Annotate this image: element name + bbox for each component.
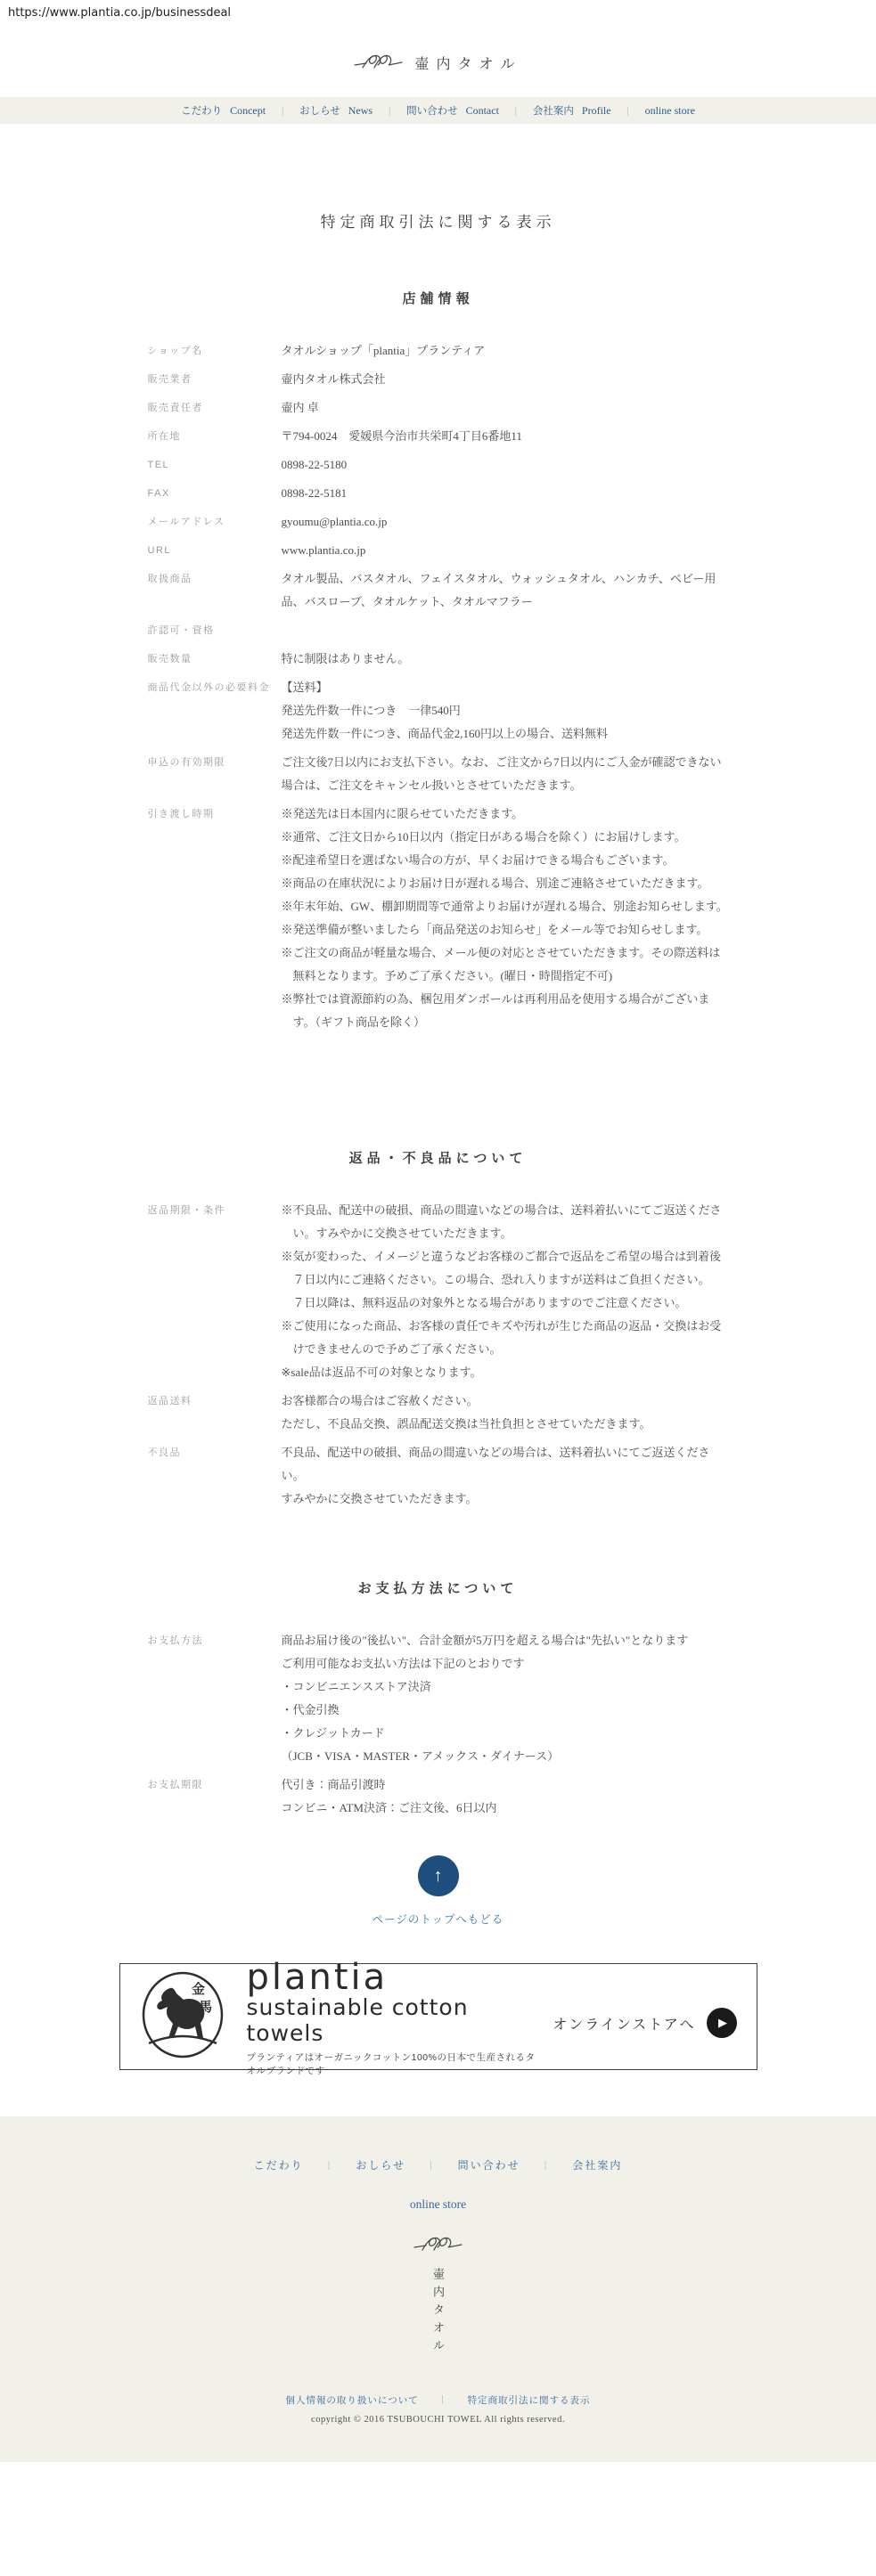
table-row: 販売責任者壷内 卓 xyxy=(148,396,729,420)
row-value: ※発送先は日本国内に限らせていただきます。※通常、ご注文日から10日以内（指定日… xyxy=(282,803,729,1034)
table-row: FAX0898-22-5181 xyxy=(148,482,729,505)
nav-item-profile[interactable]: 会社案内Profile xyxy=(533,103,611,118)
row-value: タオルショップ「plantia」プランティア xyxy=(282,339,729,363)
row-value-line: gyoumu@plantia.co.jp xyxy=(282,510,729,534)
row-value: ご注文後7日以内にお支払下さい。なお、ご注文から7日以内にご入金が確認できない場… xyxy=(282,751,729,797)
table-row: 返品送料お客様都合の場合はご容赦ください。ただし、不良品交換、誤品配送交換は当社… xyxy=(148,1390,729,1436)
logo-text: 壷内タオル xyxy=(414,53,521,73)
row-value: お客様都合の場合はご容赦ください。ただし、不良品交換、誤品配送交換は当社負担とさ… xyxy=(282,1390,729,1436)
footer-separator: ｜ xyxy=(426,2162,437,2172)
table-row: 販売数量特に制限はありません。 xyxy=(148,648,729,671)
row-label: 販売業者 xyxy=(148,368,282,391)
nav-separator: ｜ xyxy=(512,104,520,118)
row-value: 【送料】発送先件数一件につき 一律540円発送先件数一件につき、商品代金2,16… xyxy=(282,676,729,746)
row-value-line: ※発送準備が整いましたら「商品発送のお知らせ」をメール等でお知らせします。 xyxy=(282,918,729,942)
shop-info-table: ショップ名タオルショップ「plantia」プランティア販売業者壷内タオル株式会社… xyxy=(148,339,729,1034)
cta-label: オンラインストアへ xyxy=(553,2013,695,2034)
nav-item-contact[interactable]: 問い合わせContact xyxy=(406,103,499,118)
section-heading-payment: お支払方法について xyxy=(148,1578,729,1597)
row-value-line: ７日以降は、無料返品の対象外となる場合がありますのでご注意ください。 xyxy=(282,1292,729,1315)
row-value-line: ※ご使用になった商品、お客様の責任でキズや汚れが生じた商品の返品・交換はお受けで… xyxy=(282,1315,729,1361)
footer-link-news[interactable]: おしらせ xyxy=(356,2159,405,2172)
row-value-line: 不良品、配送中の破損、商品の間違いなどの場合は、送料着払いにてご返送ください。 xyxy=(282,1441,729,1488)
footer-link-contact[interactable]: 問い合わせ xyxy=(458,2159,520,2172)
table-row: 取扱商品タオル製品、バスタオル、フェイスタオル、ウォッシュタオル、ハンカチ、ベビ… xyxy=(148,567,729,614)
row-value-line: ※発送先は日本国内に限らせていただきます。 xyxy=(282,803,729,826)
brand-tagline: sustainable cotton towels xyxy=(247,1995,544,2047)
nav-item-online-store[interactable]: online store xyxy=(645,104,695,118)
nav-label-en: online store xyxy=(645,104,695,118)
back-to-top-button[interactable]: ↑ xyxy=(418,1855,459,1896)
nav-label-en: Profile xyxy=(582,104,611,118)
row-label: メールアドレス xyxy=(148,510,282,534)
table-row: ショップ名タオルショップ「plantia」プランティア xyxy=(148,339,729,363)
footer-legal-links: 個人情報の取り扱いについて ｜ 特定商取引法に関する表示 xyxy=(0,2393,876,2407)
table-row: 商品代金以外の必要料金【送料】発送先件数一件につき 一律540円発送先件数一件に… xyxy=(148,676,729,746)
main-nav: こだわりConcept ｜ おしらせNews ｜ 問い合わせContact ｜ … xyxy=(0,97,876,124)
table-row: お支払方法商品お届け後の"後払い"、合計金額が5万円を超える場合は"先払い"とな… xyxy=(148,1629,729,1768)
table-row: URLwww.plantia.co.jp xyxy=(148,539,729,562)
row-value-line: （JCB・VISA・MASTER・アメックス・ダイナース） xyxy=(282,1745,729,1768)
nav-separator: ｜ xyxy=(278,104,287,118)
footer-separator: ｜ xyxy=(438,2396,448,2406)
site-header: 壷内タオル xyxy=(0,23,876,97)
row-value: 壷内タオル株式会社 xyxy=(282,368,729,391)
row-value-line: ご注文後7日以内にお支払下さい。なお、ご注文から7日以内にご入金が確認できない場… xyxy=(282,751,729,797)
copyright-text: copyright © 2016 TSUBOUCHI TOWEL All rig… xyxy=(0,2415,876,2425)
row-value-line: ご利用可能なお支払い方法は下記のとおりです xyxy=(282,1652,729,1675)
nav-label-en: Contact xyxy=(466,104,499,118)
row-label: 許認可・資格 xyxy=(148,619,282,642)
footer-link-businessdeal[interactable]: 特定商取引法に関する表示 xyxy=(468,2395,591,2406)
nav-label-en: News xyxy=(348,104,373,118)
row-value: 壷内 卓 xyxy=(282,396,729,420)
back-to-top: ↑ ページのトップへもどる xyxy=(148,1855,729,1928)
row-value-line: 【送料】 xyxy=(282,676,729,699)
row-label: 販売責任者 xyxy=(148,396,282,420)
brand-block: plantia sustainable cotton towels プランティア… xyxy=(247,1956,544,2078)
row-label: 取扱商品 xyxy=(148,567,282,614)
row-value: 0898-22-5180 xyxy=(282,453,729,477)
row-value-line: 特に制限はありません。 xyxy=(282,648,729,671)
row-value: www.plantia.co.jp xyxy=(282,539,729,562)
nav-separator: ｜ xyxy=(624,104,633,118)
row-value-line: すみやかに交換させていただきます。 xyxy=(282,1488,729,1511)
row-value-line: 代引き：商品引渡時 xyxy=(282,1773,729,1797)
footer-logo: 壷内タオル xyxy=(0,2234,876,2362)
nav-separator: ｜ xyxy=(385,104,394,118)
row-value-line: ※ご注文の商品が軽量な場合、メール便の対応とさせていただきます。その際送料は無料… xyxy=(282,942,729,988)
brand-note: プランティアはオーガニックコットン100%の日本で生産されるタオルブランドです xyxy=(247,2050,544,2077)
site-footer: こだわり ｜ おしらせ ｜ 問い合わせ ｜ 会社案内 online store … xyxy=(0,2116,876,2462)
section-heading-returns: 返品・不良品について xyxy=(148,1148,729,1167)
nav-item-news[interactable]: おしらせNews xyxy=(299,103,373,118)
nav-label-jp: 会社案内 xyxy=(533,103,574,118)
online-store-cta[interactable]: オンラインストアへ ▶ xyxy=(553,2008,736,2038)
arrow-up-icon: ↑ xyxy=(434,1866,443,1887)
row-value-line: ※年末年始、GW、棚卸期間等で通常よりお届けが遅れる場合、別途お知らせします。 xyxy=(282,895,729,918)
footer-separator: ｜ xyxy=(541,2162,552,2172)
table-row: 不良品不良品、配送中の破損、商品の間違いなどの場合は、送料着払いにてご返送くださ… xyxy=(148,1441,729,1511)
brand-name: plantia xyxy=(247,1960,544,1995)
returns-table: 返品期限・条件※不良品、配送中の破損、商品の間違いなどの場合は、送料着払いにてご… xyxy=(148,1199,729,1511)
row-value-line: 商品お届け後の"後払い"、合計金額が5万円を超える場合は"先払い"となります xyxy=(282,1629,729,1652)
site-logo[interactable]: 壷内タオル xyxy=(354,52,521,73)
row-value: 特に制限はありません。 xyxy=(282,648,729,671)
row-value: 不良品、配送中の破損、商品の間違いなどの場合は、送料着払いにてご返送ください。す… xyxy=(282,1441,729,1511)
row-value-line: ただし、不良品交換、誤品配送交換は当社負担とさせていただきます。 xyxy=(282,1413,729,1436)
row-value: 0898-22-5181 xyxy=(282,482,729,505)
table-row: お支払期限代引き：商品引渡時コンビニ・ATM決済：ご注文後、6日以内 xyxy=(148,1773,729,1820)
row-label: 引き渡し時期 xyxy=(148,803,282,1034)
logo-signature-icon xyxy=(0,2234,876,2255)
row-value-line: 0898-22-5181 xyxy=(282,482,729,505)
row-value-line: ※商品の在庫状況によりお届け日が遅れる場合、別途ご連絡させていただきます。 xyxy=(282,872,729,895)
table-row: 所在地〒794-0024 愛媛県今治市共栄町4丁目6番地11 xyxy=(148,425,729,448)
row-value: タオル製品、バスタオル、フェイスタオル、ウォッシュタオル、ハンカチ、ベビー用品、… xyxy=(282,567,729,614)
row-label: 販売数量 xyxy=(148,648,282,671)
row-value-line: お客様都合の場合はご容赦ください。 xyxy=(282,1390,729,1413)
row-label: TEL xyxy=(148,453,282,477)
row-value-line: ・代金引換 xyxy=(282,1699,729,1722)
row-label: 不良品 xyxy=(148,1441,282,1511)
footer-link-concept[interactable]: こだわり xyxy=(254,2159,304,2172)
row-value-line: ※配達希望日を選ばない場合の方が、早くお届けできる場合もございます。 xyxy=(282,849,729,872)
table-row: 返品期限・条件※不良品、配送中の破損、商品の間違いなどの場合は、送料着払いにてご… xyxy=(148,1199,729,1384)
logo-signature-icon xyxy=(354,52,404,73)
nav-label-jp: こだわり xyxy=(181,103,222,118)
row-value-line: 壷内タオル株式会社 xyxy=(282,368,729,391)
row-value: 〒794-0024 愛媛県今治市共栄町4丁目6番地11 xyxy=(282,425,729,448)
nav-label-jp: おしらせ xyxy=(299,103,340,118)
kinba-horse-stamp-icon: 金 馬 xyxy=(140,1970,225,2064)
nav-item-concept[interactable]: こだわりConcept xyxy=(181,103,266,118)
row-value-line: タオル製品、バスタオル、フェイスタオル、ウォッシュタオル、ハンカチ、ベビー用品、… xyxy=(282,567,729,614)
row-label: 所在地 xyxy=(148,425,282,448)
row-value-line: ※通常、ご注文日から10日以内（指定日がある場合を除く）にお届けします。 xyxy=(282,826,729,849)
row-label: 商品代金以外の必要料金 xyxy=(148,676,282,746)
row-value: gyoumu@plantia.co.jp xyxy=(282,510,729,534)
svg-text:金: 金 xyxy=(192,1981,205,1997)
section-heading-shop-info: 店舗情報 xyxy=(148,289,729,307)
row-value: 代引き：商品引渡時コンビニ・ATM決済：ご注文後、6日以内 xyxy=(282,1773,729,1820)
payment-table: お支払方法商品お届け後の"後払い"、合計金額が5万円を超える場合は"先払い"とな… xyxy=(148,1629,729,1820)
plantia-store-banner[interactable]: 金 馬 plantia sustainable cotton towels プラ… xyxy=(119,1963,757,2070)
row-label: 返品期限・条件 xyxy=(148,1199,282,1384)
row-value xyxy=(282,619,729,642)
table-row: 申込の有効期限ご注文後7日以内にお支払下さい。なお、ご注文から7日以内にご入金が… xyxy=(148,751,729,797)
table-row: TEL0898-22-5180 xyxy=(148,453,729,477)
row-value-line: ・クレジットカード xyxy=(282,1722,729,1745)
row-value-line: ※sale品は返品不可の対象となります。 xyxy=(282,1361,729,1384)
page-title: 特定商取引法に関する表示 xyxy=(148,209,729,232)
footer-link-privacy[interactable]: 個人情報の取り扱いについて xyxy=(285,2395,418,2406)
row-value-line: 発送先件数一件につき、商品代金2,160円以上の場合、送料無料 xyxy=(282,722,729,746)
play-arrow-icon[interactable]: ▶ xyxy=(707,2008,737,2038)
row-label: 申込の有効期限 xyxy=(148,751,282,797)
table-row: メールアドレスgyoumu@plantia.co.jp xyxy=(148,510,729,534)
row-label: FAX xyxy=(148,482,282,505)
row-value-line: 壷内 卓 xyxy=(282,396,729,420)
footer-online-store-link[interactable]: online store xyxy=(410,2197,466,2212)
row-label: お支払期限 xyxy=(148,1773,282,1820)
row-value: 商品お届け後の"後払い"、合計金額が5万円を超える場合は"先払い"となりますご利… xyxy=(282,1629,729,1768)
footer-logo-text: 壷内タオル xyxy=(430,2262,446,2362)
footer-link-profile[interactable]: 会社案内 xyxy=(572,2159,622,2172)
row-value-line: ※気が変わった、イメージと違うなどお客様のご都合で返品をご希望の場合は到着後７日… xyxy=(282,1245,729,1292)
row-label: ショップ名 xyxy=(148,339,282,363)
row-value-line: タオルショップ「plantia」プランティア xyxy=(282,339,729,363)
play-glyph: ▶ xyxy=(718,2016,727,2030)
table-row: 販売業者壷内タオル株式会社 xyxy=(148,368,729,391)
footer-nav: こだわり ｜ おしらせ ｜ 問い合わせ ｜ 会社案内 xyxy=(0,2157,876,2172)
back-to-top-link[interactable]: ページのトップへもどる xyxy=(373,1911,504,1927)
row-label: URL xyxy=(148,539,282,562)
row-label: 返品送料 xyxy=(148,1390,282,1436)
table-row: 許認可・資格 xyxy=(148,619,729,642)
row-value-line: www.plantia.co.jp xyxy=(282,539,729,562)
row-value-line: ・コンビニエンスストア決済 xyxy=(282,1675,729,1699)
page-url: https://www.plantia.co.jp/businessdeal xyxy=(0,0,876,23)
nav-label-jp: 問い合わせ xyxy=(406,103,458,118)
row-value-line: 発送先件数一件につき 一律540円 xyxy=(282,699,729,722)
table-row: 引き渡し時期※発送先は日本国内に限らせていただきます。※通常、ご注文日から10日… xyxy=(148,803,729,1034)
row-value: ※不良品、配送中の破損、商品の間違いなどの場合は、送料着払いにてご返送ください。… xyxy=(282,1199,729,1384)
row-value-line: 0898-22-5180 xyxy=(282,453,729,477)
row-value-line: コンビニ・ATM決済：ご注文後、6日以内 xyxy=(282,1797,729,1820)
row-label: お支払方法 xyxy=(148,1629,282,1768)
footer-separator: ｜ xyxy=(324,2162,335,2172)
main-content: 特定商取引法に関する表示 店舗情報 ショップ名タオルショップ「plantia」プ… xyxy=(148,209,729,1928)
row-value-line: ※不良品、配送中の破損、商品の間違いなどの場合は、送料着払いにてご返送ください。… xyxy=(282,1199,729,1245)
row-value-line: ※弊社では資源節約の為、梱包用ダンボールは再利用品を使用する場合がございます。（… xyxy=(282,988,729,1034)
nav-label-en: Concept xyxy=(230,104,266,118)
row-value-line: 〒794-0024 愛媛県今治市共栄町4丁目6番地11 xyxy=(282,425,729,448)
